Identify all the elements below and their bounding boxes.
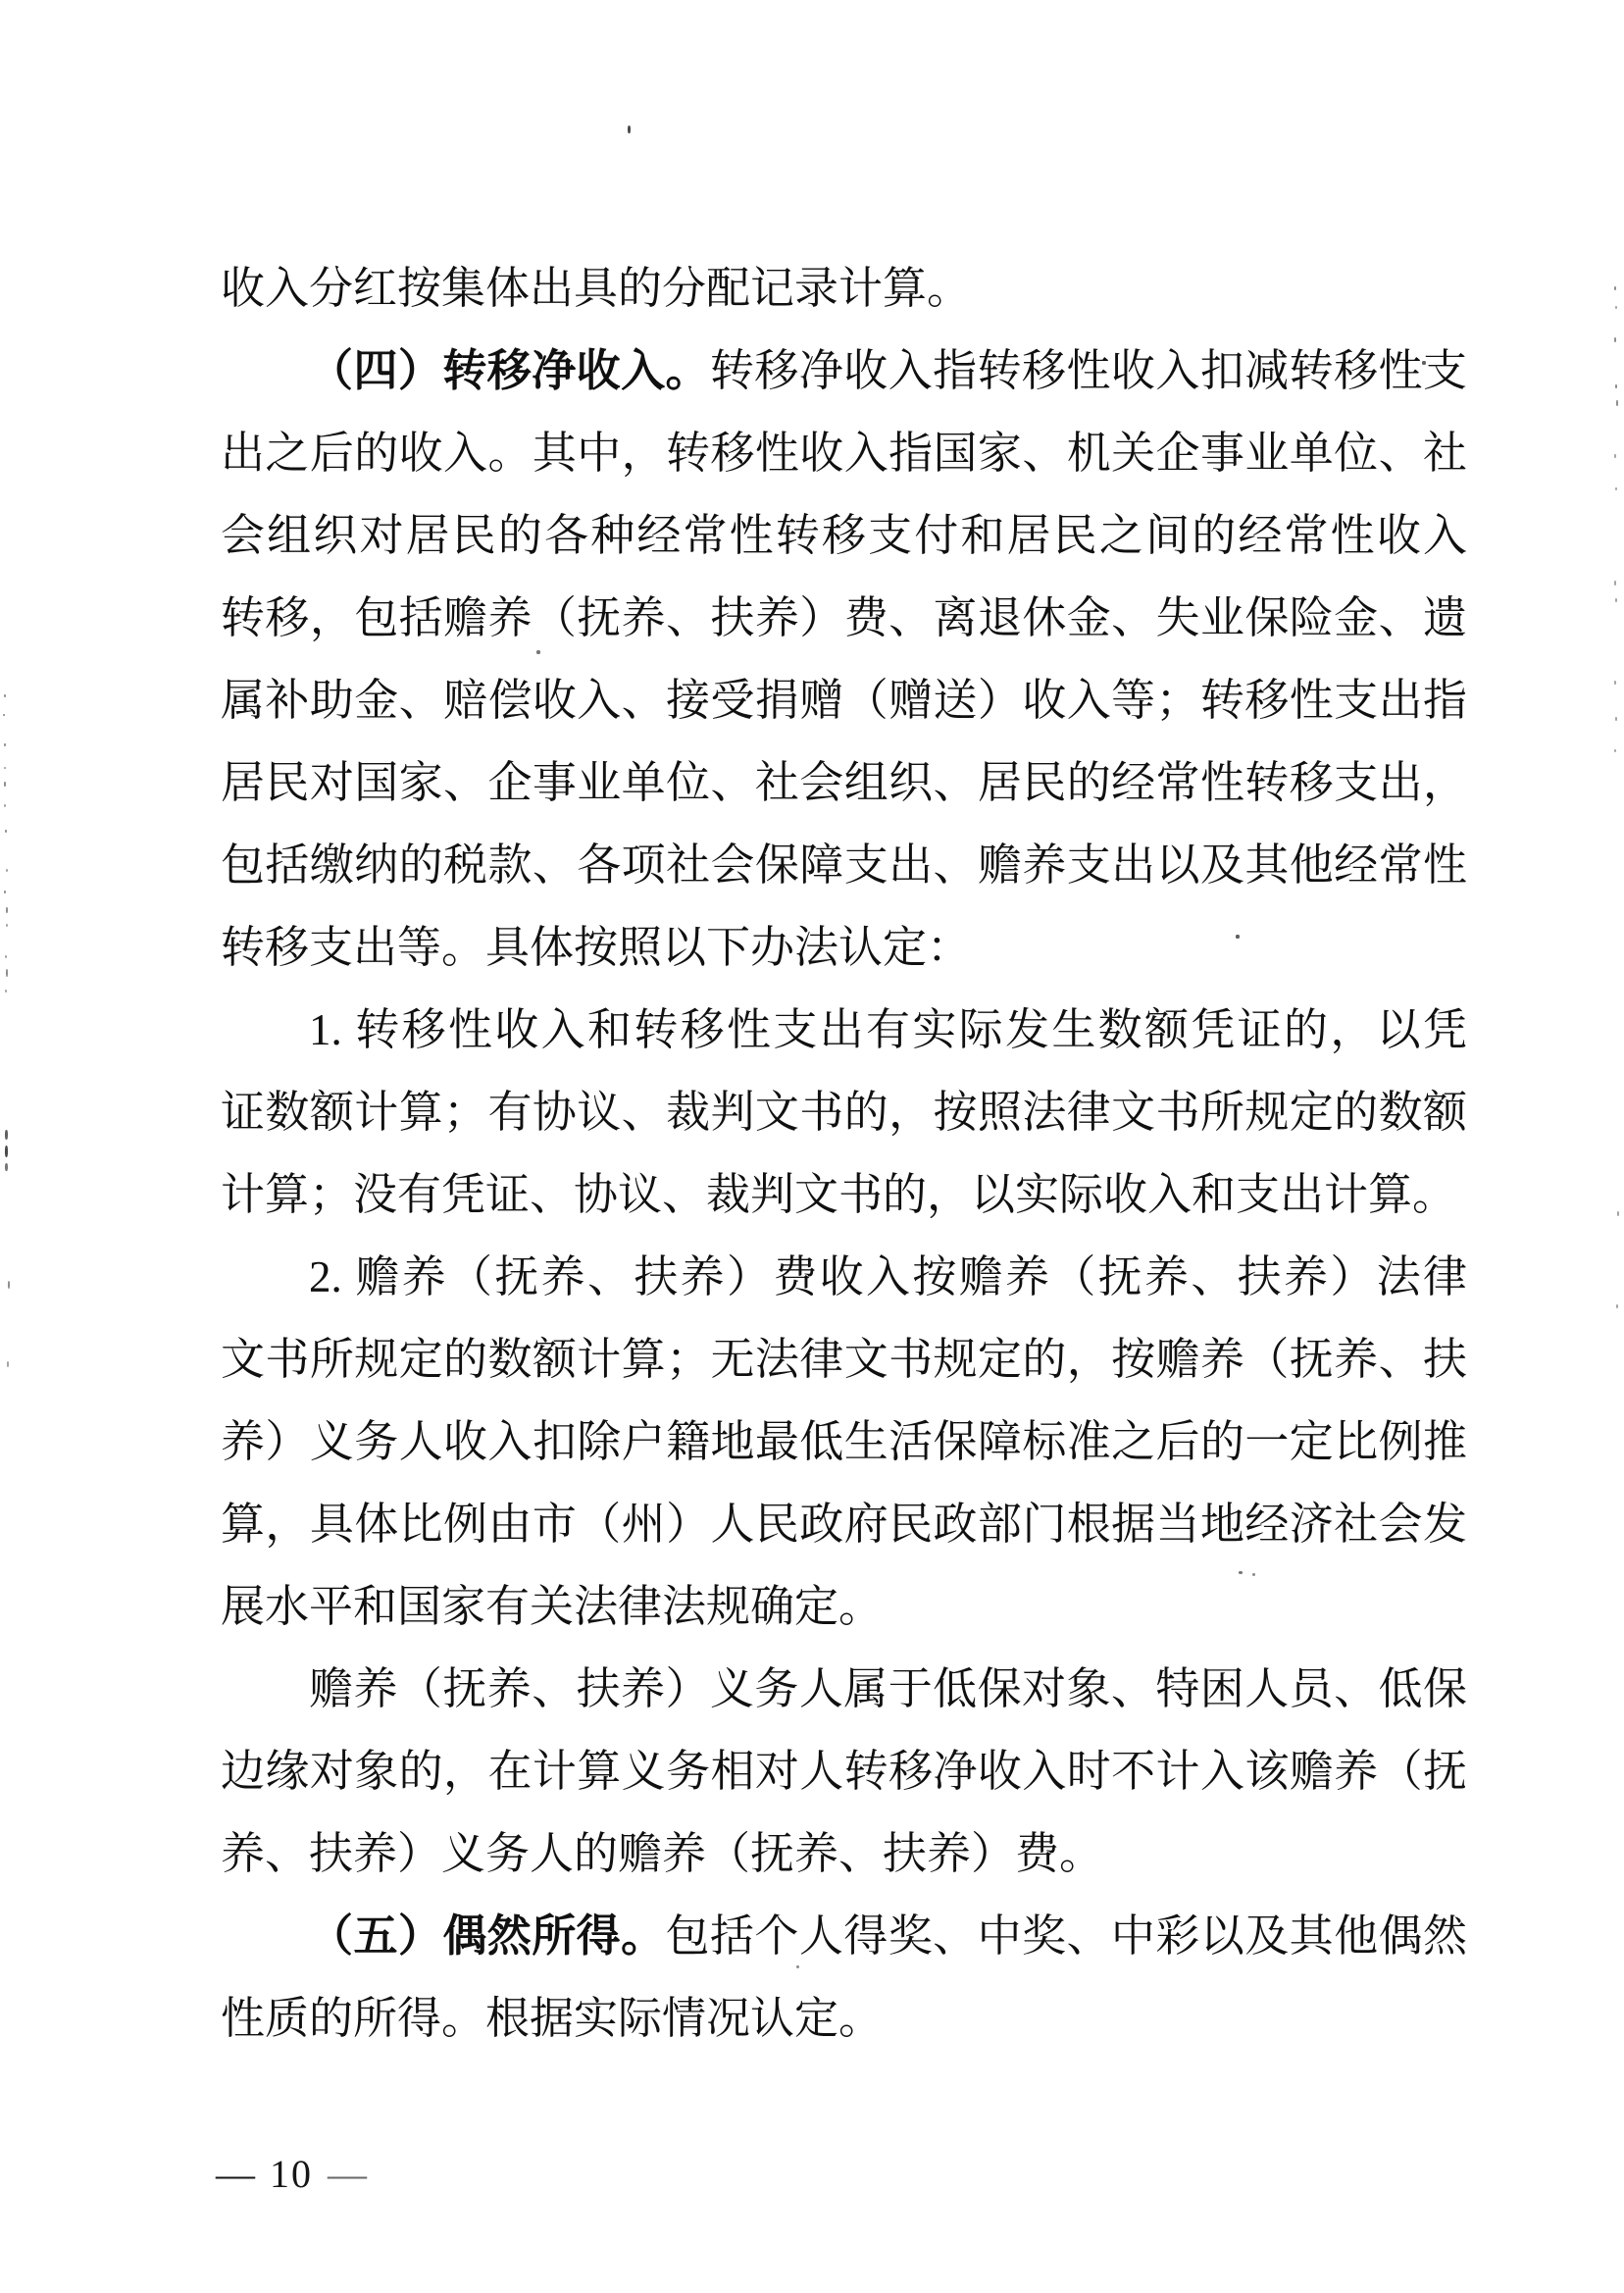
text-line: 算，具体比例由市（州）人民政府民政部门根据当地经济社会发 (221, 1483, 1467, 1565)
scan-speck (5, 830, 7, 833)
scan-speck (4, 694, 6, 697)
page-number: 10 (270, 2152, 313, 2196)
text-line: 边缘对象的，在计算义务相对人转移净收入时不计入该赡养（抚 (221, 1730, 1467, 1812)
text-line: 养）义务人收入扣除户籍地最低生活保障标准之后的一定比例推 (221, 1401, 1467, 1483)
scan-speck (6, 869, 8, 872)
body-text: 证数额计算；有协议、裁判文书的，按照法律文书所规定的数额 (221, 1088, 1467, 1137)
body-text: 算，具体比例由市（州）人民政府民政部门根据当地经济社会发 (221, 1500, 1467, 1549)
document-page: 收入分红按集体出具的分配记录计算。（四）转移净收入。转移净收入指转移性收入扣减转… (0, 0, 1624, 2293)
body-text: 居民对国家、企事业单位、社会组织、居民的经常性转移支出， (221, 758, 1467, 807)
body-text: 包括个人得奖、中奖、中彩以及其他偶然 (666, 1911, 1467, 1961)
scan-speck (1615, 384, 1617, 388)
body-text: 2. 赡养（抚养、扶养）费收入按赡养（抚养、扶养）法律 (309, 1252, 1467, 1301)
body-text: 计算；没有凭证、协议、裁判文书的，以实际收入和支出计算。 (221, 1170, 1456, 1219)
body-text: 边缘对象的，在计算义务相对人转移净收入时不计入该赡养（抚 (221, 1747, 1467, 1796)
text-line: 赡养（抚养、扶养）义务人属于低保对象、特困人员、低保 (221, 1648, 1467, 1730)
text-line: 出之后的收入。其中，转移性收入指国家、机关企事业单位、社 (221, 412, 1467, 494)
footer-right-dash: — (328, 2152, 367, 2196)
scan-speck (8, 1281, 10, 1289)
scan-speck (1252, 1573, 1255, 1576)
scan-speck (1614, 681, 1616, 685)
scan-speck (3, 714, 5, 716)
body-text: 1. 转移性收入和转移性支出有实际发生数额凭证的，以凭 (309, 1005, 1467, 1054)
text-line: 收入分红按集体出具的分配记录计算。 (221, 247, 1467, 330)
text-line: 会组织对居民的各种经常性转移支付和居民之间的经常性收入 (221, 494, 1467, 577)
scan-speck (5, 955, 7, 958)
page-footer: —10— (216, 2148, 367, 2201)
scan-speck (4, 767, 6, 769)
text-line: 2. 赡养（抚养、扶养）费收入按赡养（抚养、扶养）法律 (221, 1236, 1467, 1318)
body-text: 赡养（抚养、扶养）义务人属于低保对象、特困人员、低保 (309, 1664, 1467, 1713)
scan-speck (5, 1163, 8, 1171)
scan-speck (1617, 1211, 1619, 1216)
scan-speck (1614, 581, 1616, 586)
scan-speck (1236, 935, 1240, 939)
body-text: 转移净收入指转移性收入扣减转移性支 (710, 346, 1467, 395)
text-line: 属补助金、赔偿收入、接受捐赠（赠送）收入等；转移性支出指 (221, 659, 1467, 741)
scan-speck (1616, 400, 1618, 406)
scan-speck (4, 782, 6, 787)
text-line: 文书所规定的数额计算；无法律文书规定的，按赡养（抚养、扶 (221, 1318, 1467, 1401)
scan-speck (1615, 487, 1617, 490)
text-line: 包括缴纳的税款、各项社会保障支出、赡养支出以及其他经常性 (221, 824, 1467, 906)
body-text: 转移支出等。具体按照以下办法认定： (221, 923, 971, 972)
body-text: 收入分红按集体出具的分配记录计算。 (221, 264, 971, 313)
body-text: 性质的所得。根据实际情况认定。 (221, 1994, 883, 2043)
body-text: 养）义务人收入扣除户籍地最低生活保障标准之后的一定比例推 (221, 1417, 1467, 1466)
scan-speck (6, 907, 8, 913)
scan-speck (628, 126, 631, 133)
text-line: （五）偶然所得。包括个人得奖、中奖、中彩以及其他偶然 (221, 1895, 1467, 1977)
scan-speck (1614, 749, 1616, 752)
body-text: 出之后的收入。其中，转移性收入指国家、机关企事业单位、社 (221, 429, 1467, 478)
scan-speck (536, 650, 540, 654)
body-text: 转移，包括赡养（抚养、扶养）费、离退休金、失业保险金、遗 (221, 593, 1467, 642)
body-text: 养、扶养）义务人的赡养（抚养、扶养）费。 (221, 1829, 1103, 1878)
text-line: 1. 转移性收入和转移性支出有实际发生数额凭证的，以凭 (221, 989, 1467, 1071)
scan-speck (5, 1130, 8, 1140)
scan-speck (1615, 598, 1617, 602)
scan-speck (7, 1361, 9, 1367)
text-line: 证数额计算；有协议、裁判文书的，按照法律文书所规定的数额 (221, 1071, 1467, 1153)
scan-speck (4, 743, 6, 746)
text-line: 性质的所得。根据实际情况认定。 (221, 1977, 1467, 2060)
scan-speck (1614, 337, 1616, 342)
body-text: 属补助金、赔偿收入、接受捐赠（赠送）收入等；转移性支出指 (221, 676, 1467, 725)
body-text: 包括缴纳的税款、各项社会保障支出、赡养支出以及其他经常性 (221, 841, 1467, 890)
text-line: （四）转移净收入。转移净收入指转移性收入扣减转移性支 (221, 330, 1467, 412)
scan-speck (1614, 286, 1616, 290)
text-line: 展水平和国家有关法律法规确定。 (221, 1565, 1467, 1648)
heading-text: （五）偶然所得。 (309, 1911, 666, 1961)
text-line: 养、扶养）义务人的赡养（抚养、扶养）费。 (221, 1812, 1467, 1895)
text-line: 计算；没有凭证、协议、裁判文书的，以实际收入和支出计算。 (221, 1153, 1467, 1236)
heading-text: （四）转移净收入。 (309, 346, 710, 395)
text-line: 居民对国家、企事业单位、社会组织、居民的经常性转移支出， (221, 741, 1467, 824)
scan-speck (1422, 361, 1426, 365)
scan-speck (6, 969, 8, 977)
scan-speck (1615, 306, 1617, 309)
scan-speck (5, 990, 7, 993)
scan-speck (6, 924, 8, 927)
scan-speck (4, 891, 6, 893)
scan-speck (796, 1965, 799, 1968)
scan-speck (5, 1146, 8, 1157)
scan-speck (1615, 717, 1617, 721)
scan-speck (1614, 454, 1616, 458)
text-line: 转移，包括赡养（抚养、扶养）费、离退休金、失业保险金、遗 (221, 577, 1467, 659)
scan-speck (1239, 1571, 1243, 1574)
body-text: 会组织对居民的各种经常性转移支付和居民之间的经常性收入 (221, 511, 1467, 560)
scan-speck (4, 804, 6, 807)
document-body: 收入分红按集体出具的分配记录计算。（四）转移净收入。转移净收入指转移性收入扣减转… (221, 247, 1467, 2060)
scan-speck (1616, 1304, 1618, 1308)
body-text: 展水平和国家有关法律法规确定。 (221, 1582, 883, 1631)
footer-left-dash: — (216, 2152, 255, 2196)
body-text: 文书所规定的数额计算；无法律文书规定的，按赡养（抚养、扶 (221, 1335, 1467, 1384)
text-line: 转移支出等。具体按照以下办法认定： (221, 906, 1467, 989)
